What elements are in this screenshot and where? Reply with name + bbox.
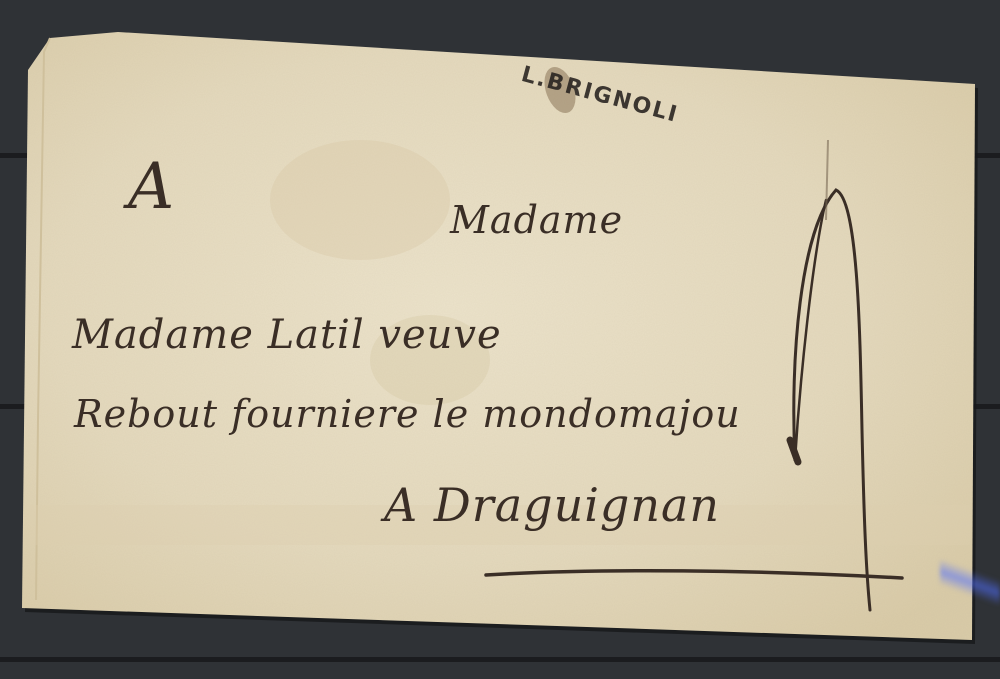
address-line-1: A bbox=[128, 150, 175, 224]
address-line-2: Madame bbox=[450, 198, 623, 242]
address-line-5: A Draguignan bbox=[384, 478, 720, 532]
address-line-4: Rebout fourniere le mondomajou bbox=[74, 392, 741, 436]
light-glare bbox=[940, 560, 1000, 605]
address-line-3: Madame Latil veuve bbox=[72, 312, 502, 358]
